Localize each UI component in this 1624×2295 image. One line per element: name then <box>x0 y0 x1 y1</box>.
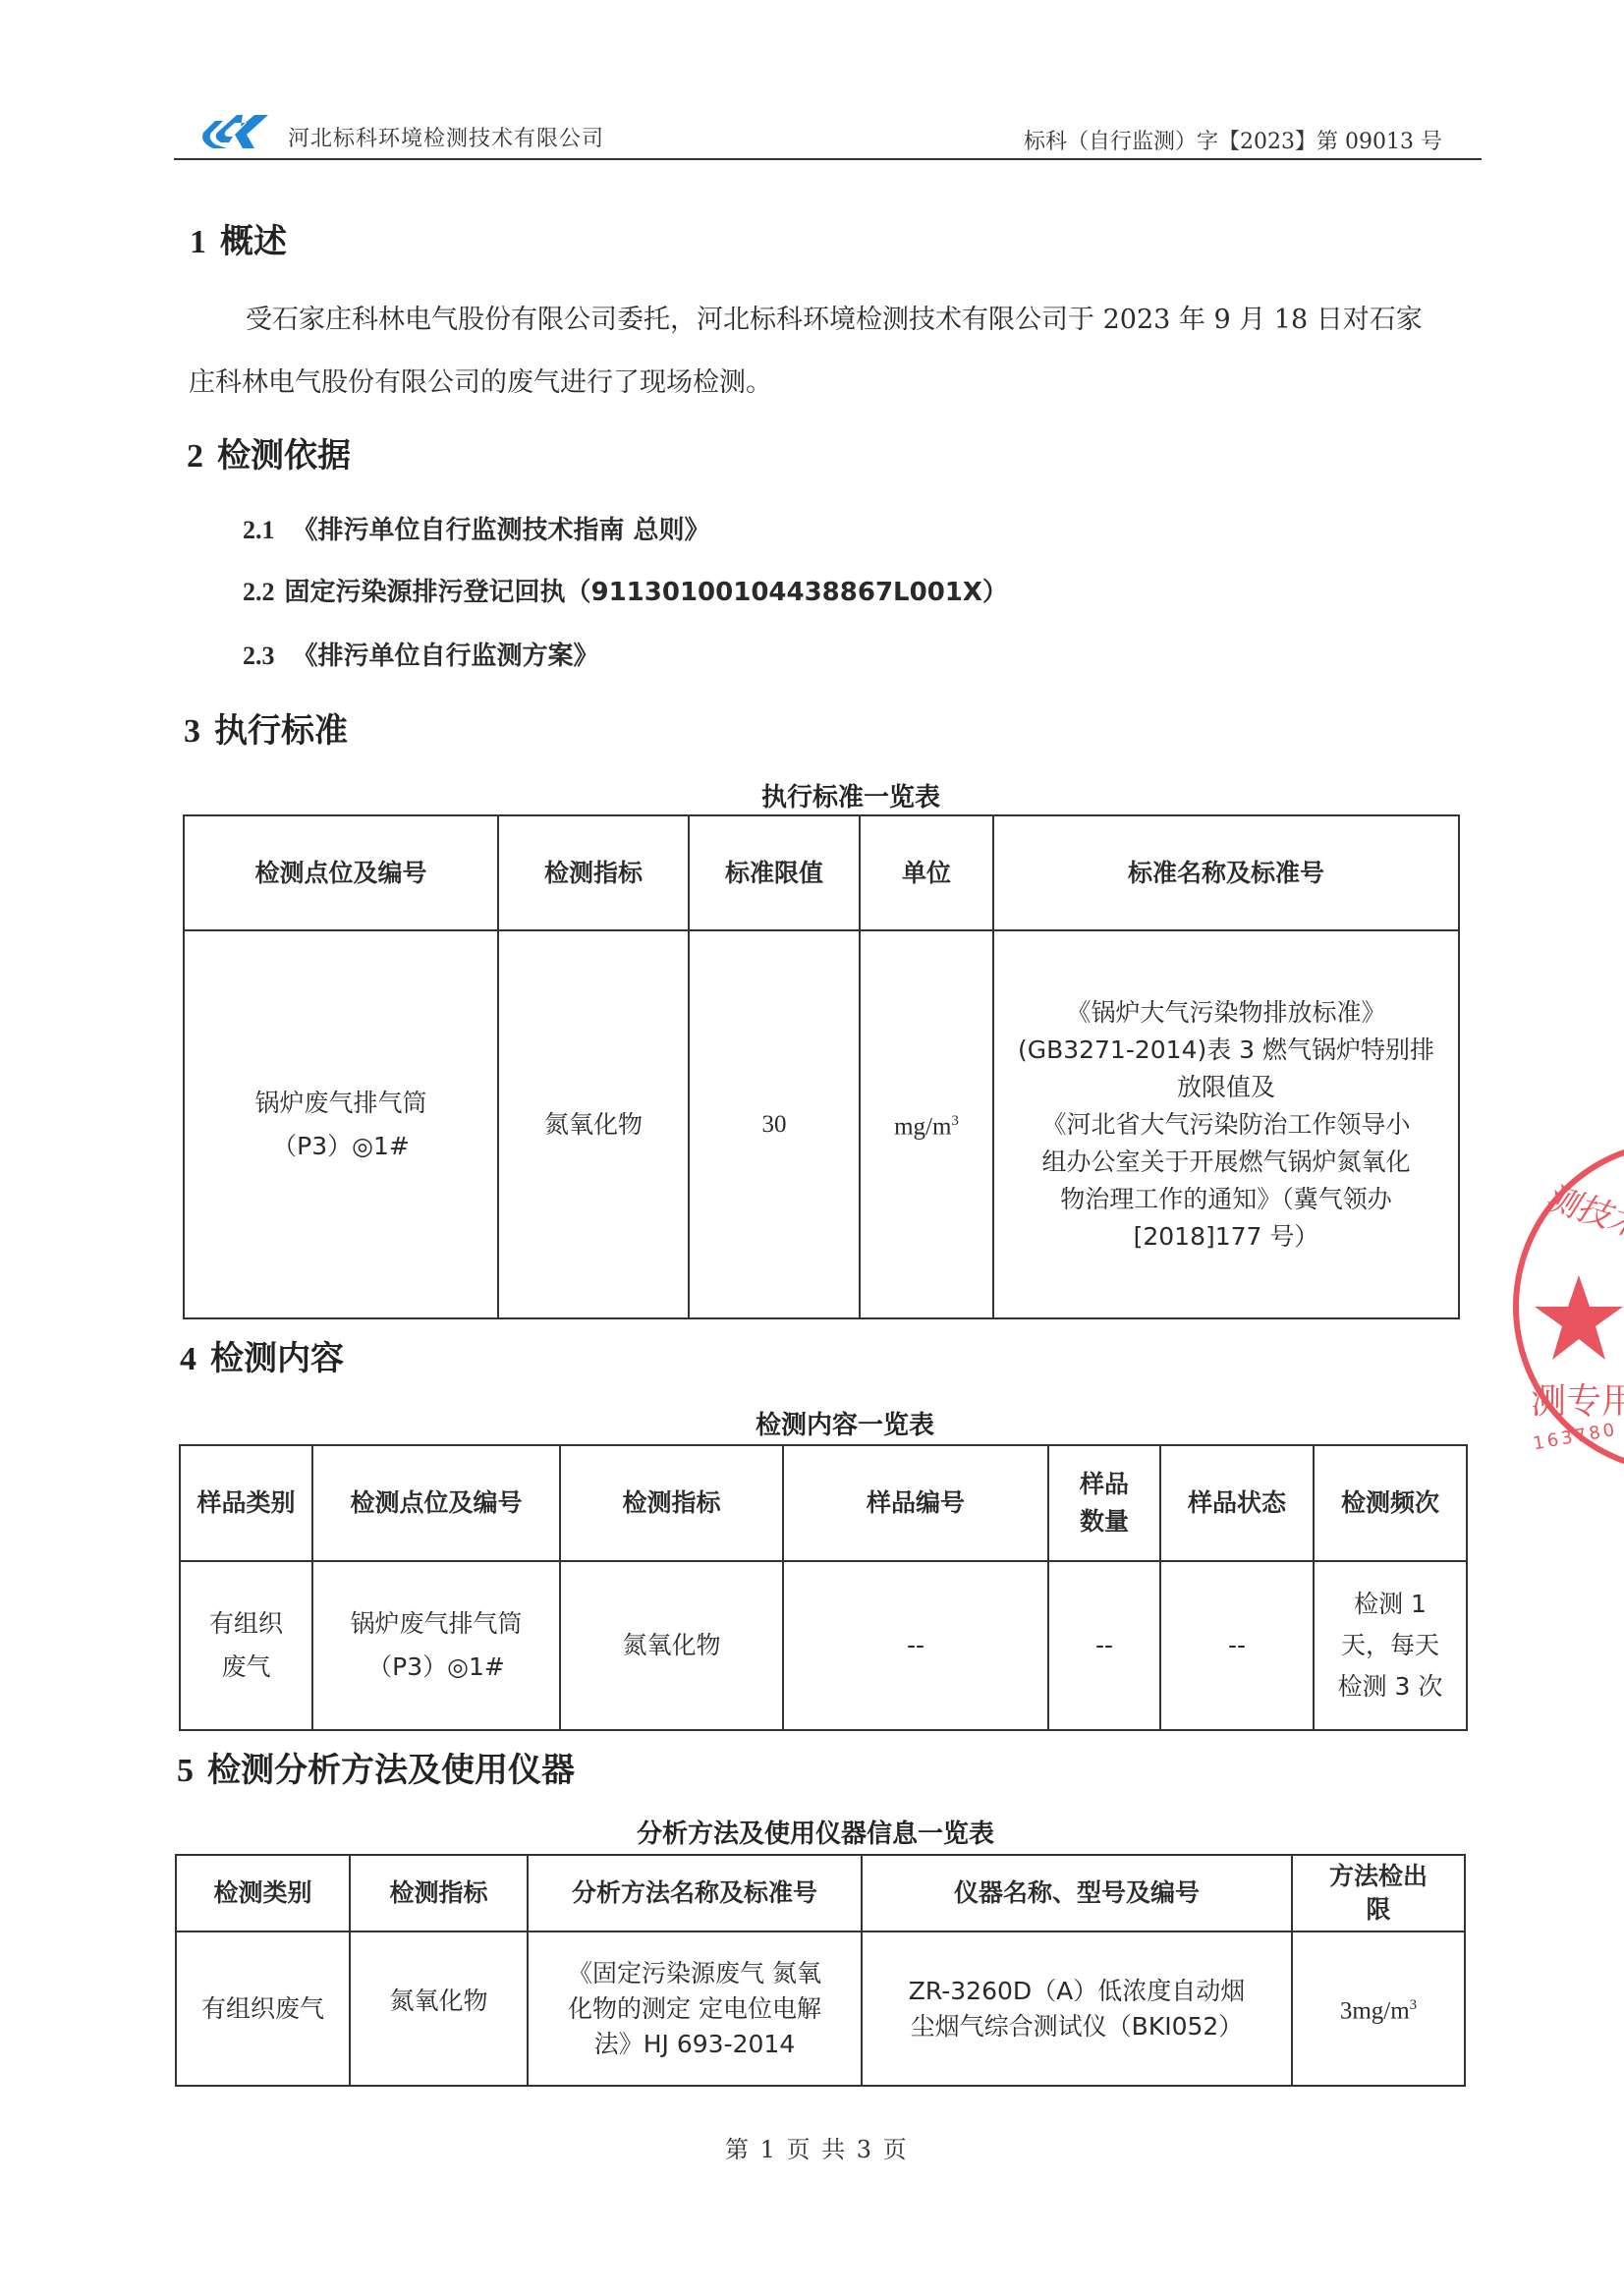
section-3-heading: 3执行标准 <box>184 711 348 752</box>
seal-text-number: 163780 <box>1532 1420 1619 1455</box>
basis-item-number: 2.3 <box>243 642 275 670</box>
standard-line: 《锅炉大气污染物排放标准》 <box>1000 994 1452 1032</box>
cell-category: 有组织 废气 <box>180 1561 312 1730</box>
standard-line: 组办公室关于开展燃气锅炉氮氧化 <box>1000 1144 1452 1181</box>
logo-icon <box>199 113 274 150</box>
cell-indicator: 氮氧化物 <box>560 1561 783 1730</box>
content-table: 样品类别 检测点位及编号 检测指标 样品编号 样品 数量 样品状态 检测频次 有… <box>179 1444 1468 1731</box>
methods-table-caption: 分析方法及使用仪器信息一览表 <box>570 1818 1061 1851</box>
cell-state: -- <box>1160 1561 1314 1730</box>
content-table-caption: 检测内容一览表 <box>668 1409 1022 1442</box>
cell-unit: mg/m3 <box>860 930 993 1318</box>
col-header-quantity: 样品 数量 <box>1048 1445 1160 1561</box>
col-header-unit: 单位 <box>860 815 993 930</box>
section-number: 4 <box>180 1341 196 1377</box>
report-number: 标科（自行监测）字【2023】第 09013 号 <box>1024 125 1442 155</box>
cell-instrument: ZR-3260D（A）低浓度自动烟 尘烟气综合测试仪（BKI052） <box>862 1931 1292 2086</box>
col-header-frequency: 检测频次 <box>1314 1445 1467 1561</box>
header-line: 数量 <box>1057 1503 1151 1540</box>
header-line: 方法检出 <box>1301 1860 1456 1893</box>
standard-line: 物治理工作的通知》（冀气领办 <box>1000 1181 1452 1218</box>
header-line: 样品 <box>1057 1466 1151 1503</box>
section-number: 1 <box>190 224 206 260</box>
col-header-sample-no: 样品编号 <box>783 1445 1048 1561</box>
cell-frequency: 检测 1 天，每天 检测 3 次 <box>1314 1561 1467 1730</box>
category-line: 废气 <box>189 1646 304 1689</box>
unit-superscript: 3 <box>951 1113 959 1129</box>
col-header-indicator: 检测指标 <box>498 815 689 930</box>
table-header-row: 检测点位及编号 检测指标 标准限值 单位 标准名称及标准号 <box>184 815 1459 930</box>
cell-detection-limit: 3mg/m3 <box>1292 1931 1465 2086</box>
basis-item: 2.2固定污染源排污登记回执（91130100104438867L001X） <box>243 575 1008 610</box>
col-header-category: 检测类别 <box>176 1855 350 1931</box>
col-header-indicator: 检测指标 <box>560 1445 783 1561</box>
cell-method: 《固定污染源废气 氮氧 化物的测定 定电位电解 法》HJ 693-2014 <box>528 1931 862 2086</box>
table-header-row: 样品类别 检测点位及编号 检测指标 样品编号 样品 数量 样品状态 检测频次 <box>180 1445 1467 1561</box>
standard-line: 放限值及 <box>1000 1069 1452 1106</box>
cell-location: 锅炉废气排气筒 （P3）◎1# <box>312 1561 560 1730</box>
cell-limit: 30 <box>689 930 860 1318</box>
standard-line: (GB3271-2014)表 3 燃气锅炉特别排 <box>1000 1032 1452 1069</box>
section-4-heading: 4检测内容 <box>180 1339 344 1379</box>
col-header-standard: 标准名称及标准号 <box>993 815 1459 930</box>
instrument-line: 尘烟气综合测试仪（BKI052） <box>870 2009 1283 2044</box>
section-title: 概述 <box>220 222 287 261</box>
section-number: 3 <box>184 713 200 750</box>
cell-indicator: 氮氧化物 <box>498 930 689 1318</box>
col-header-detection-limit: 方法检出 限 <box>1292 1855 1465 1931</box>
section-5-heading: 5检测分析方法及使用仪器 <box>177 1751 575 1791</box>
section-title: 检测分析方法及使用仪器 <box>207 1751 575 1790</box>
cell-quantity: -- <box>1048 1561 1160 1730</box>
header-rule <box>174 158 1482 160</box>
table-row: 锅炉废气排气筒 （P3）◎1# 氮氧化物 30 mg/m3 《锅炉大气污染物排放… <box>184 930 1459 1318</box>
company-logo <box>199 113 274 150</box>
category-line: 有组织 <box>189 1602 304 1646</box>
basis-item-number: 2.1 <box>243 516 275 544</box>
header-line: 限 <box>1301 1893 1456 1927</box>
col-header-limit: 标准限值 <box>689 815 860 930</box>
table-header-row: 检测类别 检测指标 分析方法名称及标准号 仪器名称、型号及编号 方法检出 限 <box>176 1855 1465 1931</box>
col-header-instrument: 仪器名称、型号及编号 <box>862 1855 1292 1931</box>
basis-item-text: 《排污单位自行监测技术指南 总则》 <box>293 516 710 545</box>
section-1-heading: 1概述 <box>190 222 287 262</box>
location-line: （P3）◎1# <box>193 1125 489 1168</box>
section-title: 执行标准 <box>214 711 348 751</box>
instrument-line: ZR-3260D（A）低浓度自动烟 <box>870 1974 1283 2009</box>
basis-item: 2.1《排污单位自行监测技术指南 总则》 <box>243 513 710 548</box>
col-header-location: 检测点位及编号 <box>184 815 498 930</box>
col-header-method: 分析方法名称及标准号 <box>528 1855 862 1931</box>
method-line: 化物的测定 定电位电解 <box>536 1991 853 2027</box>
basis-item-number: 2.2 <box>243 578 275 606</box>
frequency-line: 天，每天 <box>1322 1625 1458 1666</box>
frequency-line: 检测 3 次 <box>1322 1666 1458 1707</box>
standards-table: 检测点位及编号 检测指标 标准限值 单位 标准名称及标准号 锅炉废气排气筒 （P… <box>183 814 1460 1319</box>
seal-text-top: 测技术 <box>1540 1170 1624 1247</box>
section-2-heading: 2检测依据 <box>187 436 351 476</box>
cell-standard: 《锅炉大气污染物排放标准》 (GB3271-2014)表 3 燃气锅炉特别排 放… <box>993 930 1459 1318</box>
table-row: 有组织 废气 锅炉废气排气筒 （P3）◎1# 氮氧化物 -- -- -- 检测 … <box>180 1561 1467 1730</box>
seal-star-icon <box>1535 1273 1623 1362</box>
cell-category: 有组织废气 <box>176 1931 350 2086</box>
official-seal: 测技术 测专用章 163780 <box>1513 1140 1624 1474</box>
standard-line: [2018]177 号） <box>1000 1218 1452 1256</box>
unit-text: mg/m <box>894 1114 951 1141</box>
method-line: 《固定污染源废气 氮氧 <box>536 1956 853 1991</box>
standards-table-caption: 执行标准一览表 <box>674 781 1028 814</box>
seal-text-middle: 测专用章 <box>1531 1373 1624 1424</box>
location-line: 锅炉废气排气筒 <box>321 1602 551 1646</box>
page-number: 第 1 页 共 3 页 <box>725 2130 909 2164</box>
section-number: 5 <box>177 1753 194 1789</box>
location-line: 锅炉废气排气筒 <box>193 1082 489 1125</box>
section-title: 检测依据 <box>217 436 351 476</box>
section-title: 检测内容 <box>210 1339 344 1378</box>
limit-superscript: 3 <box>1410 1997 1418 2013</box>
table-row: 有组织废气 氮氧化物 《固定污染源废气 氮氧 化物的测定 定电位电解 法》HJ … <box>176 1931 1465 2086</box>
cell-indicator: 氮氧化物 <box>350 1931 528 2086</box>
basis-item: 2.3《排污单位自行监测方案》 <box>243 639 599 674</box>
col-header-state: 样品状态 <box>1160 1445 1314 1561</box>
basis-item-text: 《排污单位自行监测方案》 <box>293 642 599 671</box>
frequency-line: 检测 1 <box>1322 1584 1458 1625</box>
overview-paragraph-line-2: 庄科林电气股份有限公司的废气进行了现场检测。 <box>189 365 772 401</box>
limit-text: 3mg/m <box>1340 1998 1410 2025</box>
col-header-location: 检测点位及编号 <box>312 1445 560 1561</box>
section-number: 2 <box>187 438 203 475</box>
col-header-category: 样品类别 <box>180 1445 312 1561</box>
header-company-name: 河北标科环境检测技术有限公司 <box>288 122 604 152</box>
method-line: 法》HJ 693-2014 <box>536 2027 853 2062</box>
cell-location: 锅炉废气排气筒 （P3）◎1# <box>184 930 498 1318</box>
basis-item-text: 固定污染源排污登记回执（91130100104438867L001X） <box>285 578 1008 607</box>
location-line: （P3）◎1# <box>321 1646 551 1689</box>
methods-table: 检测类别 检测指标 分析方法名称及标准号 仪器名称、型号及编号 方法检出 限 有… <box>175 1854 1466 2087</box>
col-header-indicator: 检测指标 <box>350 1855 528 1931</box>
standard-line: 《河北省大气污染防治工作领导小 <box>1000 1106 1452 1144</box>
cell-sample-no: -- <box>783 1561 1048 1730</box>
overview-paragraph-line-1: 受石家庄科林电气股份有限公司委托，河北标科环境检测技术有限公司于 2023 年 … <box>246 303 1423 338</box>
